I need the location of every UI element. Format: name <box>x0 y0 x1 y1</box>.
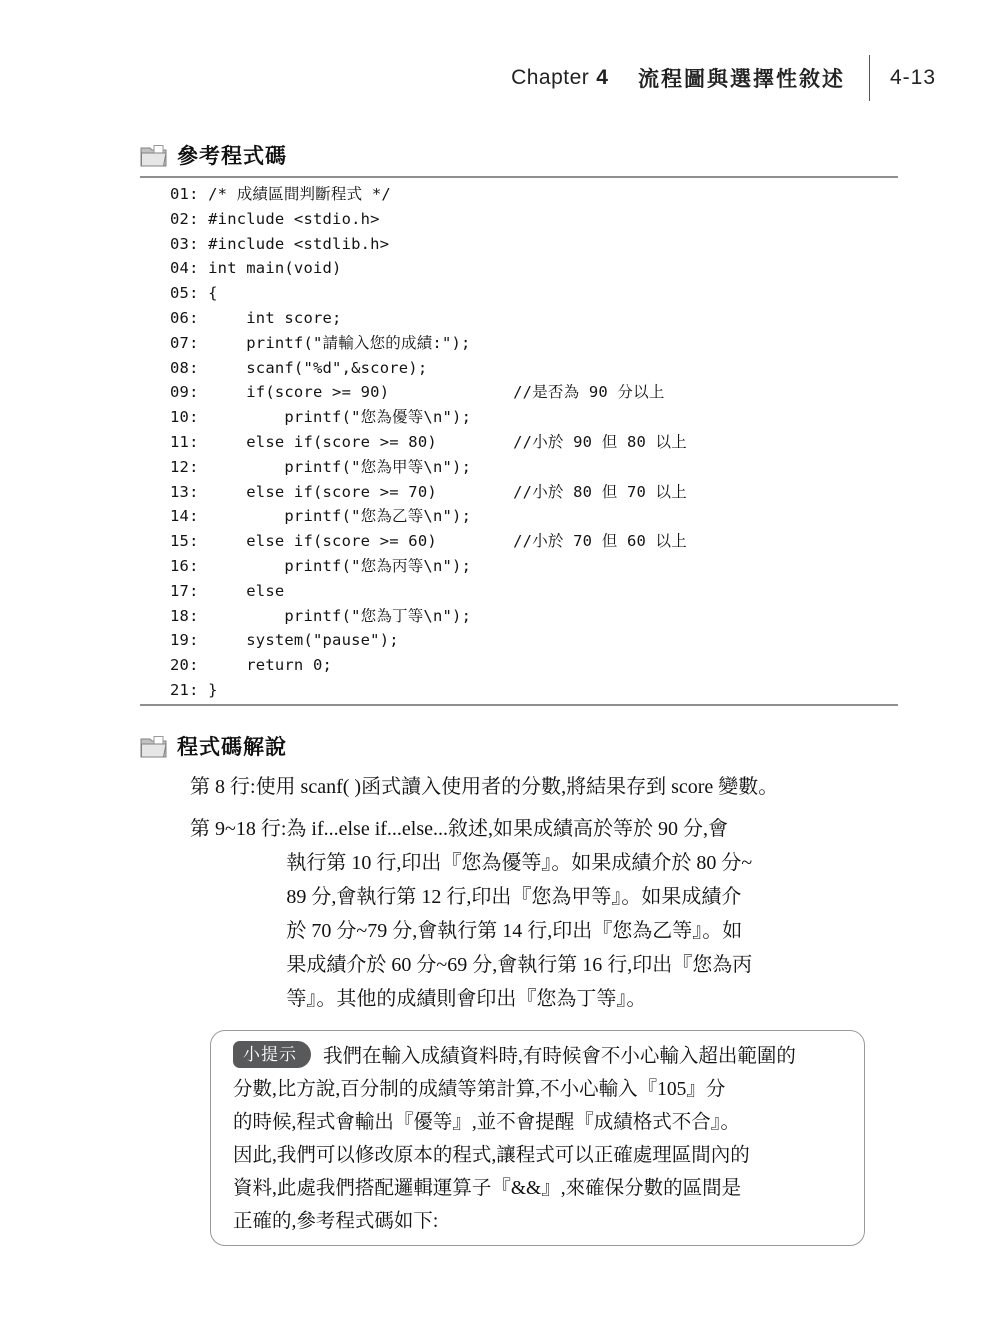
explain-line: 果成績介於 60 分~69 分,會執行第 16 行,印出『您為丙 <box>286 948 920 982</box>
code-line: 13: else if(score >= 70) //小於 80 但 70 以上 <box>170 480 900 505</box>
explain-paragraph-line8: 第 8 行: 使用 scanf( )函式讀入使用者的分數,將結果存到 score… <box>190 770 920 804</box>
code-line: 17: else <box>170 579 900 604</box>
explain-section-header: 程式碼解說 <box>140 731 287 761</box>
code-section-title: 參考程式碼 <box>177 140 287 170</box>
explain-paragraph-line9-18: 第 9~18 行: 為 if...else if...else...敘述,如果成… <box>190 812 920 1016</box>
code-block-bottom-rule <box>140 704 898 706</box>
line-ref-label: 第 8 行: <box>190 770 256 804</box>
tip-box: 小提示我們在輸入成績資料時,有時候會不小心輸入超出範圍的 分數,比方說,百分制的… <box>210 1030 865 1246</box>
explain-line: 執行第 10 行,印出『您為優等』。如果成績介於 80 分~ <box>286 846 920 880</box>
page-header: Chapter 4 流程圖與選擇性敘述 4-13 <box>0 54 936 102</box>
tip-first-line: 小提示我們在輸入成績資料時,有時候會不小心輸入超出範圍的 <box>233 1040 846 1073</box>
explain-section-title: 程式碼解說 <box>177 731 287 761</box>
tip-line: 的時候,程式會輸出『優等』,並不會提醒『成績格式不合』。 <box>233 1106 846 1139</box>
tip-line: 分數,比方說,百分制的成績等第計算,不小心輸入『105』分 <box>233 1073 846 1106</box>
page-number: 4-13 <box>890 66 936 90</box>
code-line: 02: #include <stdio.h> <box>170 207 900 232</box>
tip-line: 正確的,參考程式碼如下: <box>233 1205 846 1238</box>
line-ref-label: 第 9~18 行: <box>190 812 286 1016</box>
code-line: 14: printf("您為乙等\n"); <box>170 504 900 529</box>
explain-line: 於 70 分~79 分,會執行第 14 行,印出『您為乙等』。如 <box>286 914 920 948</box>
code-line: 06: int score; <box>170 306 900 331</box>
explain-line: 為 if...else if...else...敘述,如果成績高於等於 90 分… <box>286 812 920 846</box>
code-line: 08: scanf("%d",&score); <box>170 356 900 381</box>
folder-icon <box>140 735 167 758</box>
code-line: 11: else if(score >= 80) //小於 90 但 80 以上 <box>170 430 900 455</box>
code-line: 16: printf("您為丙等\n"); <box>170 554 900 579</box>
code-line: 18: printf("您為丁等\n"); <box>170 604 900 629</box>
tip-badge: 小提示 <box>233 1041 311 1068</box>
tip-line: 因此,我們可以修改原本的程式,讓程式可以正確處理區間內的 <box>233 1139 846 1172</box>
tip-line: 資料,此處我們搭配邏輯運算子『&&』,來確保分數的區間是 <box>233 1172 846 1205</box>
code-block-top-rule <box>140 176 898 178</box>
code-line: 05: { <box>170 281 900 306</box>
code-line: 03: #include <stdlib.h> <box>170 232 900 257</box>
chapter-number: 4 <box>596 66 608 90</box>
code-line: 12: printf("您為甲等\n"); <box>170 455 900 480</box>
code-line: 19: system("pause"); <box>170 628 900 653</box>
folder-icon <box>140 144 167 167</box>
book-page: Chapter 4 流程圖與選擇性敘述 4-13 參考程式碼 01: /* 成績… <box>0 0 1000 1341</box>
code-line: 21: } <box>170 678 900 703</box>
code-line: 01: /* 成績區間判斷程式 */ <box>170 182 900 207</box>
chapter-label: Chapter <box>511 66 589 90</box>
code-section-header: 參考程式碼 <box>140 140 287 170</box>
chapter-title: 流程圖與選擇性敘述 <box>638 63 845 93</box>
code-line: 09: if(score >= 90) //是否為 90 分以上 <box>170 380 900 405</box>
code-line: 04: int main(void) <box>170 256 900 281</box>
explain-line: 89 分,會執行第 12 行,印出『您為甲等』。如果成績介 <box>286 880 920 914</box>
code-line: 20: return 0; <box>170 653 900 678</box>
explain-line: 使用 scanf( )函式讀入使用者的分數,將結果存到 score 變數。 <box>256 770 920 804</box>
code-block: 01: /* 成績區間判斷程式 */02: #include <stdio.h>… <box>170 182 900 703</box>
code-line: 10: printf("您為優等\n"); <box>170 405 900 430</box>
code-line: 07: printf("請輸入您的成績:"); <box>170 331 900 356</box>
header-divider <box>869 55 870 101</box>
explain-line: 等』。其他的成績則會印出『您為丁等』。 <box>286 982 920 1016</box>
code-line: 15: else if(score >= 60) //小於 70 但 60 以上 <box>170 529 900 554</box>
tip-line-text: 我們在輸入成績資料時,有時候會不小心輸入超出範圍的 <box>323 1046 796 1067</box>
